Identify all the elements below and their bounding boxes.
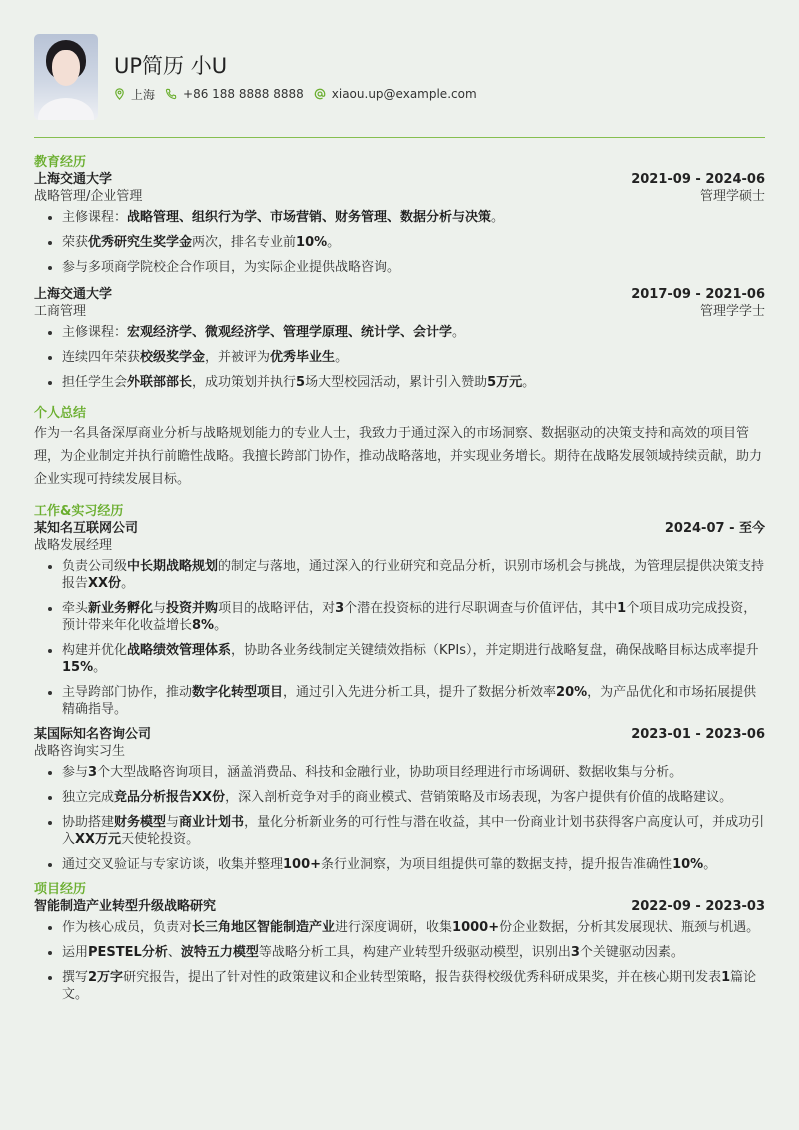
bullet-list: 负责公司级中长期战略规划的制定与落地，通过深入的行业研究和竞品分析，识别市场机会… (34, 558, 765, 718)
bold-text: 优秀毕业生 (270, 350, 335, 365)
text-segment: 。 (491, 210, 504, 225)
text-segment: 与 (153, 601, 166, 616)
bold-text: 商业计划书 (179, 815, 244, 830)
projects-section: 项目经历 智能制造产业转型升级战略研究2022-09 - 2023-03作为核心… (34, 881, 765, 1003)
entry-header: 某知名互联网公司2024-07 - 至今 (34, 520, 765, 537)
bullet-item: 通过交叉验证与专家访谈，收集并整理100+条行业洞察，为项目组提供可靠的数据支持… (62, 856, 765, 873)
header-info: UP简历 小U 上海 +86 188 8888 8888 xiaou.up@ex… (114, 52, 487, 103)
school-name: 上海交通大学 (34, 171, 112, 188)
entry-subheader: 工商管理管理学学士 (34, 303, 765, 320)
bold-text: 战略绩效管理体系 (127, 643, 231, 658)
text-segment: 个大型战略咨询项目，涵盖消费品、科技和金融行业，协助项目经理进行市场调研、数据收… (97, 765, 682, 780)
text-segment: 个关键驱动因素。 (580, 945, 684, 960)
phone-text: +86 188 8888 8888 (183, 87, 304, 101)
text-segment: ，深入剖析竞争对手的商业模式、营销策略及市场表现，为客户提供有价值的战略建议。 (225, 790, 732, 805)
bullet-item: 参与3个大型战略咨询项目，涵盖消费品、科技和金融行业，协助项目经理进行市场调研、… (62, 764, 765, 781)
text-segment: 。 (452, 325, 465, 340)
text-segment: ，通过引入先进分析工具，提升了数据分析效率 (283, 685, 556, 700)
text-segment: 。 (121, 576, 134, 591)
major: 战略管理/企业管理 (34, 188, 142, 205)
text-segment: ，并被评为 (205, 350, 270, 365)
entry-subheader: 战略咨询实习生 (34, 743, 765, 760)
project-entry: 智能制造产业转型升级战略研究2022-09 - 2023-03作为核心成员，负责… (34, 898, 765, 1003)
bullet-item: 负责公司级中长期战略规划的制定与落地，通过深入的行业研究和竞品分析，识别市场机会… (62, 558, 765, 592)
bullet-item: 独立完成竞品分析报告XX份，深入剖析竞争对手的商业模式、营销策略及市场表现，为客… (62, 789, 765, 806)
text-segment: ，协助各业务线制定关键绩效指标（KPIs），并定期进行战略复盘，确保战略目标达成… (231, 643, 758, 658)
bold-text: 战略管理、组织行为学、市场营销、财务管理、数据分析与决策 (127, 210, 491, 225)
bullet-item: 主修课程：战略管理、组织行为学、市场营销、财务管理、数据分析与决策。 (62, 209, 765, 226)
location-text: 上海 (131, 86, 155, 103)
entry-header: 智能制造产业转型升级战略研究2022-09 - 2023-03 (34, 898, 765, 915)
bold-text: 财务模型 (114, 815, 166, 830)
bold-text: 5万元 (487, 375, 522, 390)
text-segment: 构建并优化 (62, 643, 127, 658)
bold-text: 长三角地区智能制造产业 (192, 920, 335, 935)
at-sign-icon (314, 88, 326, 100)
text-segment: 撰写 (62, 970, 88, 985)
education-entry: 上海交通大学2021-09 - 2024-06战略管理/企业管理管理学硕士主修课… (34, 171, 765, 276)
bold-text: 波特五力模型 (181, 945, 259, 960)
job-role: 战略发展经理 (34, 537, 112, 554)
bold-text: 5 (296, 375, 305, 390)
text-segment: 通过交叉验证与专家访谈，收集并整理 (62, 857, 283, 872)
text-segment: 天使轮投资。 (121, 832, 199, 847)
bold-text: 外联部部长 (127, 375, 192, 390)
text-segment: 荣获 (62, 235, 88, 250)
contact-location: 上海 (114, 86, 155, 103)
header-divider (34, 137, 765, 138)
entry-dates: 2017-09 - 2021-06 (631, 286, 765, 303)
bullet-list: 作为核心成员，负责对长三角地区智能制造产业进行深度调研，收集1000+份企业数据… (34, 919, 765, 1003)
bullet-list: 主修课程：战略管理、组织行为学、市场营销、财务管理、数据分析与决策。荣获优秀研究… (34, 209, 765, 276)
bold-text: 10% (296, 235, 327, 250)
text-segment: 牵头 (62, 601, 88, 616)
summary-text: 作为一名具备深厚商业分析与战略规划能力的专业人士，我致力于通过深入的市场洞察、数… (34, 422, 765, 491)
bold-text: 10% (672, 857, 703, 872)
text-segment: 。 (522, 375, 535, 390)
bold-text: 3 (335, 601, 344, 616)
bullet-list: 主修课程：宏观经济学、微观经济学、管理学原理、统计学、会计学。连续四年荣获校级奖… (34, 324, 765, 391)
bold-text: XX份 (88, 576, 121, 591)
text-segment: 。 (703, 857, 716, 872)
text-segment: 个潜在投资标的进行尽职调查与价值评估，其中 (344, 601, 617, 616)
bold-text: 100+ (283, 857, 321, 872)
contact-row: 上海 +86 188 8888 8888 xiaou.up@example.co… (114, 86, 487, 103)
text-segment: 负责公司级 (62, 559, 127, 574)
work-entry: 某知名互联网公司2024-07 - 至今战略发展经理负责公司级中长期战略规划的制… (34, 520, 765, 718)
text-segment: 等战略分析工具，构建产业转型升级驱动模型，识别出 (259, 945, 571, 960)
bullet-item: 运用PESTEL分析、波特五力模型等战略分析工具，构建产业转型升级驱动模型，识别… (62, 944, 765, 961)
text-segment: 场大型校园活动，累计引入赞助 (305, 375, 487, 390)
company-name: 某知名互联网公司 (34, 520, 138, 537)
bold-text: 8% (192, 618, 214, 633)
text-segment: 主导跨部门协作，推动 (62, 685, 192, 700)
bullet-item: 牵头新业务孵化与投资并购项目的战略评估，对3个潜在投资标的进行尽职调查与价值评估… (62, 600, 765, 634)
entry-header: 上海交通大学2021-09 - 2024-06 (34, 171, 765, 188)
bullet-item: 作为核心成员，负责对长三角地区智能制造产业进行深度调研，收集1000+份企业数据… (62, 919, 765, 936)
entry-header: 上海交通大学2017-09 - 2021-06 (34, 286, 765, 303)
resume-page: UP简历 小U 上海 +86 188 8888 8888 xiaou.up@ex… (0, 0, 799, 1003)
text-segment: 进行深度调研，收集 (335, 920, 452, 935)
summary-section: 个人总结 作为一名具备深厚商业分析与战略规划能力的专业人士，我致力于通过深入的市… (34, 405, 765, 491)
text-segment: 份企业数据，分析其发展现状、瓶颈与机遇。 (499, 920, 759, 935)
contact-email: xiaou.up@example.com (314, 87, 477, 101)
bold-text: 中长期战略规划 (127, 559, 218, 574)
bold-text: 3 (571, 945, 580, 960)
entry-subheader: 战略管理/企业管理管理学硕士 (34, 188, 765, 205)
text-segment: 协助搭建 (62, 815, 114, 830)
entry-dates: 2022-09 - 2023-03 (631, 898, 765, 915)
degree: 管理学硕士 (700, 188, 765, 205)
bullet-item: 协助搭建财务模型与商业计划书，量化分析新业务的可行性与潜在收益，其中一份商业计划… (62, 814, 765, 848)
location-pin-icon (114, 88, 125, 100)
bold-text: 数字化转型项目 (192, 685, 283, 700)
phone-icon (165, 88, 177, 100)
degree: 管理学学士 (700, 303, 765, 320)
entry-subheader: 战略发展经理 (34, 537, 765, 554)
bold-text: 新业务孵化 (88, 601, 153, 616)
education-section: 教育经历 上海交通大学2021-09 - 2024-06战略管理/企业管理管理学… (34, 154, 765, 391)
text-segment: 运用 (62, 945, 88, 960)
entry-dates: 2024-07 - 至今 (665, 520, 765, 537)
text-segment: 连续四年荣获 (62, 350, 140, 365)
text-segment: 、 (168, 945, 181, 960)
entry-header: 某国际知名咨询公司2023-01 - 2023-06 (34, 726, 765, 743)
bold-text: 1000+ (452, 920, 499, 935)
bullet-item: 主导跨部门协作，推动数字化转型项目，通过引入先进分析工具，提升了数据分析效率20… (62, 684, 765, 718)
bullet-item: 构建并优化战略绩效管理体系，协助各业务线制定关键绩效指标（KPIs），并定期进行… (62, 642, 765, 676)
bullet-item: 主修课程：宏观经济学、微观经济学、管理学原理、统计学、会计学。 (62, 324, 765, 341)
major: 工商管理 (34, 303, 86, 320)
bold-text: 1 (617, 601, 626, 616)
bullet-list: 参与3个大型战略咨询项目，涵盖消费品、科技和金融行业，协助项目经理进行市场调研、… (34, 764, 765, 873)
bold-text: 竞品分析报告XX份 (114, 790, 225, 805)
bold-text: 校级奖学金 (140, 350, 205, 365)
work-entry: 某国际知名咨询公司2023-01 - 2023-06战略咨询实习生参与3个大型战… (34, 726, 765, 873)
text-segment: 研究报告，提出了针对性的政策建议和企业转型策略，报告获得校级优秀科研成果奖，并在… (123, 970, 721, 985)
bold-text: 2万字 (88, 970, 123, 985)
text-segment: ，成功策划并执行 (192, 375, 296, 390)
education-entry: 上海交通大学2017-09 - 2021-06工商管理管理学学士主修课程：宏观经… (34, 286, 765, 391)
text-segment: 条行业洞察，为项目组提供可靠的数据支持，提升报告准确性 (321, 857, 672, 872)
bullet-item: 荣获优秀研究生奖学金两次，排名专业前10%。 (62, 234, 765, 251)
text-segment: 作为核心成员，负责对 (62, 920, 192, 935)
text-segment: 。 (93, 660, 106, 675)
text-segment: 。 (327, 235, 340, 250)
text-segment: 项目的战略评估，对 (218, 601, 335, 616)
bold-text: 优秀研究生奖学金 (88, 235, 192, 250)
contact-phone: +86 188 8888 8888 (165, 87, 304, 101)
text-segment: 两次，排名专业前 (192, 235, 296, 250)
text-segment: 参与多项商学院校企合作项目，为实际企业提供战略咨询。 (62, 260, 400, 275)
bullet-item: 担任学生会外联部部长，成功策划并执行5场大型校园活动，累计引入赞助5万元。 (62, 374, 765, 391)
text-segment: 与 (166, 815, 179, 830)
bullet-item: 连续四年荣获校级奖学金，并被评为优秀毕业生。 (62, 349, 765, 366)
project-name: 智能制造产业转型升级战略研究 (34, 898, 216, 915)
bullet-item: 撰写2万字研究报告，提出了针对性的政策建议和企业转型策略，报告获得校级优秀科研成… (62, 969, 765, 1003)
bold-text: 宏观经济学、微观经济学、管理学原理、统计学、会计学 (127, 325, 452, 340)
work-section: 工作&实习经历 某知名互联网公司2024-07 - 至今战略发展经理负责公司级中… (34, 503, 765, 873)
email-text[interactable]: xiaou.up@example.com (332, 87, 477, 101)
text-segment: 。 (335, 350, 348, 365)
section-title-summary: 个人总结 (34, 405, 765, 422)
bold-text: 1 (721, 970, 730, 985)
text-segment: 参与 (62, 765, 88, 780)
section-title-education: 教育经历 (34, 154, 765, 171)
section-title-projects: 项目经历 (34, 881, 765, 898)
entry-dates: 2023-01 - 2023-06 (631, 726, 765, 743)
bold-text: 投资并购 (166, 601, 218, 616)
job-role: 战略咨询实习生 (34, 743, 125, 760)
bold-text: 20% (556, 685, 587, 700)
avatar (34, 34, 98, 120)
section-title-work: 工作&实习经历 (34, 503, 765, 520)
text-segment: 独立完成 (62, 790, 114, 805)
bullet-item: 参与多项商学院校企合作项目，为实际企业提供战略咨询。 (62, 259, 765, 276)
bold-text: PESTEL分析 (88, 945, 168, 960)
text-segment: 主修课程： (62, 325, 127, 340)
company-name: 某国际知名咨询公司 (34, 726, 151, 743)
resume-header: UP简历 小U 上海 +86 188 8888 8888 xiaou.up@ex… (34, 34, 765, 120)
text-segment: 主修课程： (62, 210, 127, 225)
bold-text: 3 (88, 765, 97, 780)
text-segment: 担任学生会 (62, 375, 127, 390)
candidate-name: UP简历 小U (114, 52, 487, 80)
school-name: 上海交通大学 (34, 286, 112, 303)
bold-text: 15% (62, 660, 93, 675)
entry-dates: 2021-09 - 2024-06 (631, 171, 765, 188)
text-segment: 。 (214, 618, 227, 633)
bold-text: XX万元 (75, 832, 121, 847)
